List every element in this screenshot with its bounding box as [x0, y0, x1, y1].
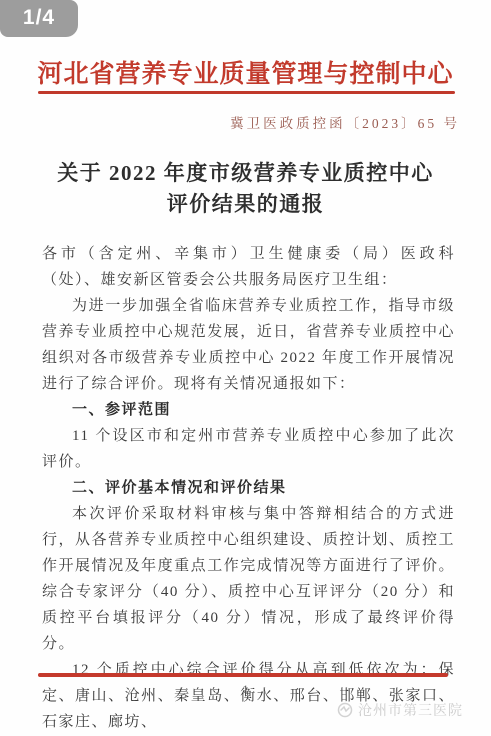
salutation: 各市（含定州、辛集市）卫生健康委（局）医政科（处）、雄安新区管委会公共服务局医疗…: [42, 241, 455, 293]
document-title: 关于 2022 年度市级营养专业质控中心 评价结果的通报: [0, 158, 491, 220]
letterhead-title: 河北省营养专业质量管理与控制中心: [0, 54, 491, 90]
paragraph-method: 本次评价采取材料审核与集中答辩相结合的方式进行，从各营养专业质控中心组织建设、质…: [42, 501, 455, 657]
section-heading-1: 一、参评范围: [42, 397, 455, 423]
document-title-line2: 评价结果的通报: [0, 189, 491, 220]
watermark-text: 沧州市第三医院: [358, 700, 463, 720]
doc-number: 冀卫医政质控函〔2023〕65 号: [230, 112, 460, 132]
paragraph-intro: 为进一步加强全省临床营养专业质控工作，指导市级营养专业质控中心规范发展，近日，省…: [42, 293, 455, 397]
hospital-logo-icon: [337, 702, 353, 718]
document-body: 各市（含定州、辛集市）卫生健康委（局）医政科（处）、雄安新区管委会公共服务局医疗…: [42, 241, 455, 735]
page-indicator-badge: 1/4: [0, 0, 78, 37]
document-page: 1/4 河北省营养专业质量管理与控制中心 冀卫医政质控函〔2023〕65 号 关…: [0, 0, 491, 736]
page-number: 1: [0, 682, 491, 697]
page-bottom-rule: [38, 673, 448, 677]
document-title-line1: 关于 2022 年度市级营养专业质控中心: [0, 158, 491, 189]
paragraph-scope: 11 个设区市和定州市营养专业质控中心参加了此次评价。: [42, 423, 455, 475]
section-heading-2: 二、评价基本情况和评价结果: [42, 475, 455, 501]
watermark: 沧州市第三医院: [337, 700, 463, 720]
letterhead-rule: [38, 91, 455, 94]
